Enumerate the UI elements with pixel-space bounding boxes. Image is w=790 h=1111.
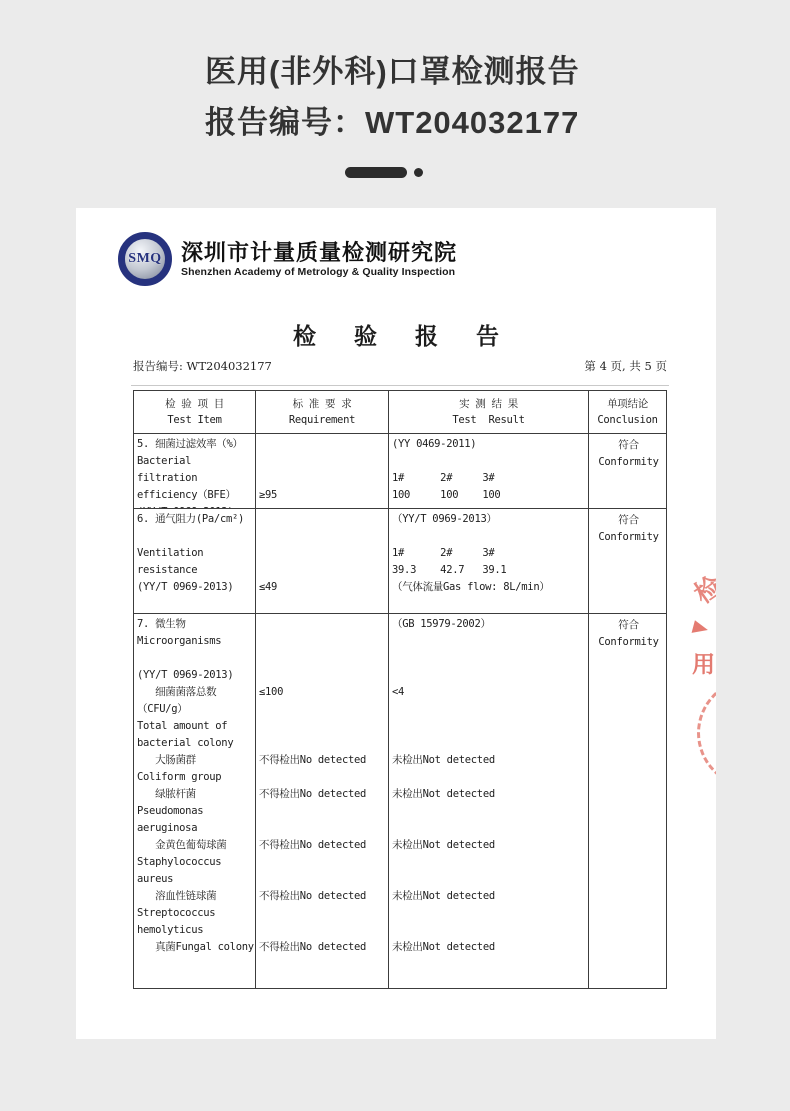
report-meta-row: 报告编号: WT204032177 第 4 页, 共 5 页 xyxy=(133,358,667,374)
column-header-conclusion: 单项结论 Conclusion xyxy=(588,391,666,433)
stamp-character-top: 检 xyxy=(686,566,716,611)
org-name-en: Shenzhen Academy of Metrology & Quality … xyxy=(181,266,457,279)
page-indicator: 第 4 页, 共 5 页 xyxy=(584,358,667,374)
report-number-heading: 报告编号：WT204032177 xyxy=(205,99,580,147)
org-name-zh: 深圳市计量质量检测研究院 xyxy=(181,240,457,266)
column-header-requirement: 标 准 要 求 Requirement xyxy=(255,391,388,433)
row6-conclusion-cell: 符合 Conformity xyxy=(588,508,666,613)
row5-item-cell: 5. 细菌过滤效率（%） Bacterial filtration effici… xyxy=(134,433,255,508)
row7-item-cell: 7. 微生物 Microorganisms (YY/T 0969-2013) 细… xyxy=(134,613,255,988)
row6-result-cell: （YY/T 0969-2013） 1# 2# 3# 39.3 42.7 39.1… xyxy=(388,508,588,613)
stamp-arc xyxy=(697,678,716,788)
stamp-triangle-mark xyxy=(692,620,710,636)
page-heading: 医用(非外科)口罩检测报告 报告编号：WT204032177 xyxy=(205,48,580,147)
page-title: 医用(非外科)口罩检测报告 xyxy=(205,48,580,96)
divider-dot xyxy=(414,168,423,177)
row7-result-cell: （GB 15979-2002） <4 未检出Not detected 未检出No… xyxy=(388,613,588,988)
org-names: 深圳市计量质量检测研究院 Shenzhen Academy of Metrolo… xyxy=(181,240,457,279)
report-card: SMQ 深圳市计量质量检测研究院 Shenzhen Academy of Met… xyxy=(76,208,716,1039)
red-seal-stamp: 检 用 xyxy=(691,560,716,720)
scan-artifact-line xyxy=(131,385,669,386)
test-result-table: 检 验 项 目 Test Item 标 准 要 求 Requirement 实 … xyxy=(133,390,667,989)
column-header-test-item: 检 验 项 目 Test Item xyxy=(134,391,255,433)
section-divider xyxy=(345,167,423,178)
row6-item-cell: 6. 通气阻力(Pa/cm²) Ventilation resistance (… xyxy=(134,508,255,613)
row5-result-cell: (YY 0469-2011) 1# 2# 3# 100 100 100 xyxy=(388,433,588,508)
divider-bar xyxy=(345,167,407,178)
report-title: 检 验 报 告 xyxy=(76,318,716,351)
org-header: SMQ 深圳市计量质量检测研究院 Shenzhen Academy of Met… xyxy=(118,232,457,286)
column-header-test-result: 实 测 结 果 Test Result xyxy=(388,391,588,433)
row7-requirement-cell: ≤100 不得检出No detected 不得检出No detected 不得检… xyxy=(255,613,388,988)
row7-conclusion-cell: 符合 Conformity xyxy=(588,613,666,988)
report-number: 报告编号: WT204032177 xyxy=(133,358,272,374)
smq-logo-icon: SMQ xyxy=(118,232,172,286)
stamp-character-mid: 用 xyxy=(692,646,715,679)
row5-requirement-cell: ≥95 xyxy=(255,433,388,508)
page: 医用(非外科)口罩检测报告 报告编号：WT204032177 SMQ 深圳市计量… xyxy=(0,0,790,1111)
row5-conclusion-cell: 符合 Conformity xyxy=(588,433,666,508)
smq-logo-text: SMQ xyxy=(128,251,161,267)
row6-requirement-cell: ≤49 xyxy=(255,508,388,613)
